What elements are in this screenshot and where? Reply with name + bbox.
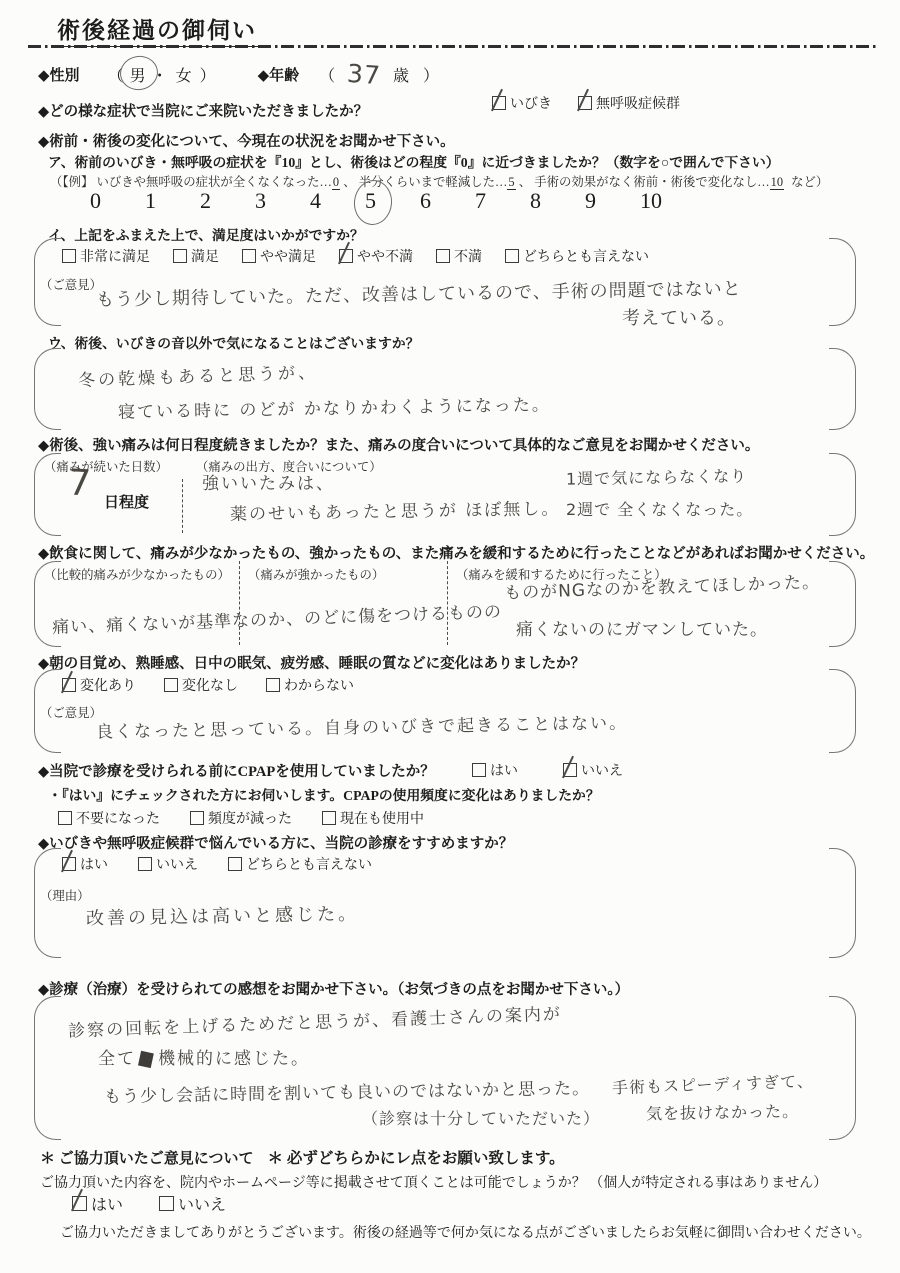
impression-handwritten-5: 気を抜けなかった。	[646, 1099, 799, 1125]
pain-days-label: （痛みが続いた日数）	[44, 457, 168, 475]
eating-answer-box: （比較的痛みが少なかったもの） （痛みが強かったもの） （痛みを緩和するために行…	[34, 561, 856, 647]
concerns-answer-box: 冬の乾燥もあると思うが、 寝ている時に のどが かなりかわくようになった。	[34, 348, 856, 430]
pain-days-unit: 日程度	[104, 491, 149, 512]
impression-handwritten-3b: 手術もスピーディすぎて、	[612, 1068, 814, 1098]
sleep-handwritten: 良くなったと思っている。自身のいびきで起きることはない。	[96, 708, 628, 742]
scale-0: 0	[90, 188, 145, 214]
footer-star-2: ＊ 必ずどちらかにレ点をお願い致します。	[267, 1146, 564, 1168]
gender-male-option: 男	[130, 63, 146, 86]
male-circled-mark	[117, 53, 160, 93]
checkbox	[72, 1196, 87, 1211]
checkbox	[322, 811, 336, 825]
pain-note-handwritten-1: 1週で気にならなくなり	[566, 463, 748, 489]
dash-divider	[28, 45, 876, 48]
age-handwritten-value: 37	[346, 59, 382, 90]
impression-handwritten-3: もう少し会話に時間を割いても良いのではないかと思った。	[104, 1074, 590, 1107]
pain-column-divider	[182, 479, 183, 533]
eating-handwritten-1: 痛い、痛くないが基準なのか、のどに傷をつけるものの	[52, 597, 503, 638]
pain-detail-handwritten-1: 強いいたみは、	[202, 469, 335, 494]
footer-note: ＊ ご協力頂いたご意見について ＊ 必ずどちらかにレ点をお願い致します。	[40, 1146, 565, 1168]
change-sub-a: ア、術前のいびき・無呼吸の症状を『10』とし、術後はどの程度『0』に近づきました…	[48, 151, 780, 171]
satisfaction-options: 非常に満足 満足 やや満足 やや不満 不満 どちらとも言えない	[62, 246, 649, 266]
checkbox	[563, 763, 577, 777]
rating-scale: 0 1 2 3 4 5 6 7 8 9 10	[90, 188, 695, 214]
impression-handwritten-1: 診察の回転を上げるためだと思うが、看護士さんの案内が	[68, 999, 563, 1041]
eating-heading: ◆飲食に関して、痛みが少なかったもの、強かったもの、また痛みを緩和するために行っ…	[38, 542, 874, 563]
profile-row: ◆性別 （ 男 ・ 女 ） ◆年齢 （ 37 歳 ）	[38, 60, 439, 89]
scale-5-circled: 5	[365, 188, 420, 214]
cpap-sub-question: ・『はい』にチェックされた方にお伺いします。CPAPの使用頻度に変化はありました…	[48, 784, 600, 804]
sleep-opinion-label: （ご意見）	[40, 703, 102, 721]
checkbox	[266, 678, 280, 692]
impression-answer-box: 診察の回転を上げるためだと思うが、看護士さんの案内が 全て■機械的に感じた。 も…	[34, 996, 856, 1140]
checkbox	[436, 249, 450, 263]
scale-2: 2	[200, 188, 255, 214]
age-label: ◆年齢	[258, 64, 300, 85]
footer-star-1: ＊ ご協力頂いたご意見について	[40, 1147, 253, 1168]
checkbox	[190, 811, 204, 825]
scanned-survey-form: 術後経過の御伺い ◆性別 （ 男 ・ 女 ） ◆年齢 （ 37 歳 ） ◆どの様…	[0, 0, 900, 1273]
eating-divider-1	[239, 561, 240, 645]
checkbox	[138, 857, 152, 871]
satisfaction-answer-box: 非常に満足 満足 やや満足 やや不満 不満 どちらとも言えない （ご意見） もう…	[34, 238, 856, 326]
eating-handwritten-3: 痛くないのにガマンしていた。	[516, 615, 768, 640]
sleep-answer-box: 変化あり 変化なし わからない （ご意見） 良くなったと思っている。自身のいびき…	[34, 669, 856, 753]
scale-10: 10	[640, 188, 695, 214]
checkbox	[173, 249, 187, 263]
change-heading: ◆術前・術後の変化について、今現在の状況をお聞かせ下さい。	[38, 130, 455, 151]
scale-6: 6	[420, 188, 475, 214]
scale-9: 9	[585, 188, 640, 214]
scribble-mark: ■	[136, 1046, 158, 1072]
eating-col1-label: （比較的痛みが少なかったもの）	[44, 565, 230, 583]
checkbox	[164, 678, 178, 692]
pain-heading: ◆術後、強い痛みは何日程度続きましたか？また、痛みの度合いについて具体的なご意見…	[38, 434, 759, 455]
checkbox	[62, 678, 76, 692]
impression-handwritten-2: 全て■機械的に感じた。	[98, 1044, 310, 1069]
opinion-label: （ご意見）	[40, 275, 102, 293]
checkbox	[159, 1196, 174, 1211]
recommend-options: はい いいえ どちらとも言えない	[62, 854, 372, 874]
cpap-heading: ◆当院で診療を受けられる前にCPAPを使用していましたか？	[38, 760, 435, 781]
recommend-answer-box: はい いいえ どちらとも言えない （理由） 改善の見込は高いと感じた。	[34, 848, 856, 958]
footer-options: はい いいえ	[72, 1192, 226, 1215]
satisfaction-handwritten-2: 考えている。	[622, 304, 736, 330]
pain-days-handwritten: 7	[67, 462, 93, 504]
cpap-options: はい いいえ	[472, 760, 623, 780]
checkbox	[242, 249, 256, 263]
footer-question: ご協力頂いた内容を、院内やホームページ等に掲載させて頂くことは可能でしょうか？ …	[40, 1172, 827, 1192]
checkbox	[492, 96, 506, 110]
recommend-reason-label: （理由）	[40, 886, 90, 904]
impression-handwritten-4: （診察は十分していただいた）	[362, 1106, 600, 1129]
gender-female-option: 女	[176, 63, 192, 86]
checkbox	[339, 249, 353, 263]
checkbox	[578, 96, 592, 110]
symptom-option-ibiki: いびき	[492, 93, 552, 113]
pain-answer-box: （痛みが続いた日数） （痛みの出方、度合いについて） 7 日程度 強いいたみは、…	[34, 453, 856, 536]
recommend-handwritten: 改善の見込は高いと感じた。	[86, 900, 359, 931]
sleep-options: 変化あり 変化なし わからない	[62, 675, 354, 695]
checkbox	[62, 857, 76, 871]
checkbox	[505, 249, 519, 263]
symptom-options: いびき 無呼吸症候群	[492, 93, 680, 113]
eating-col2-label: （痛みが強かったもの）	[248, 565, 384, 583]
checkbox	[58, 811, 72, 825]
symptom-question: ◆どの様な症状で当院にご来院いただきましたか？	[38, 100, 368, 121]
pain-note-handwritten-2: 2週で 全くなくなった。	[566, 497, 753, 520]
scale-7: 7	[475, 188, 530, 214]
checkbox	[472, 763, 486, 777]
scale-8: 8	[530, 188, 585, 214]
cpap-sub-options: 不要になった 頻度が減った 現在も使用中	[58, 808, 424, 828]
scale-1: 1	[145, 188, 200, 214]
pain-detail-handwritten-2: 薬のせいもあったと思うが ほぼ無し。	[230, 494, 561, 525]
symptom-option-mukokyu: 無呼吸症候群	[578, 93, 680, 113]
checkbox	[228, 857, 242, 871]
gender-label: ◆性別	[38, 64, 80, 85]
checkbox	[62, 249, 76, 263]
concerns-handwritten-2: 寝ている時に のどが かなりかわくようになった。	[118, 390, 551, 423]
page-title: 術後経過の御伺い	[55, 18, 267, 47]
scale-3: 3	[255, 188, 310, 214]
footer-thanks: ご協力いただきましてありがとうございます。術後の経過等で何か気になる点がございま…	[60, 1222, 871, 1242]
concerns-handwritten-1: 冬の乾燥もあると思うが、	[78, 358, 319, 391]
